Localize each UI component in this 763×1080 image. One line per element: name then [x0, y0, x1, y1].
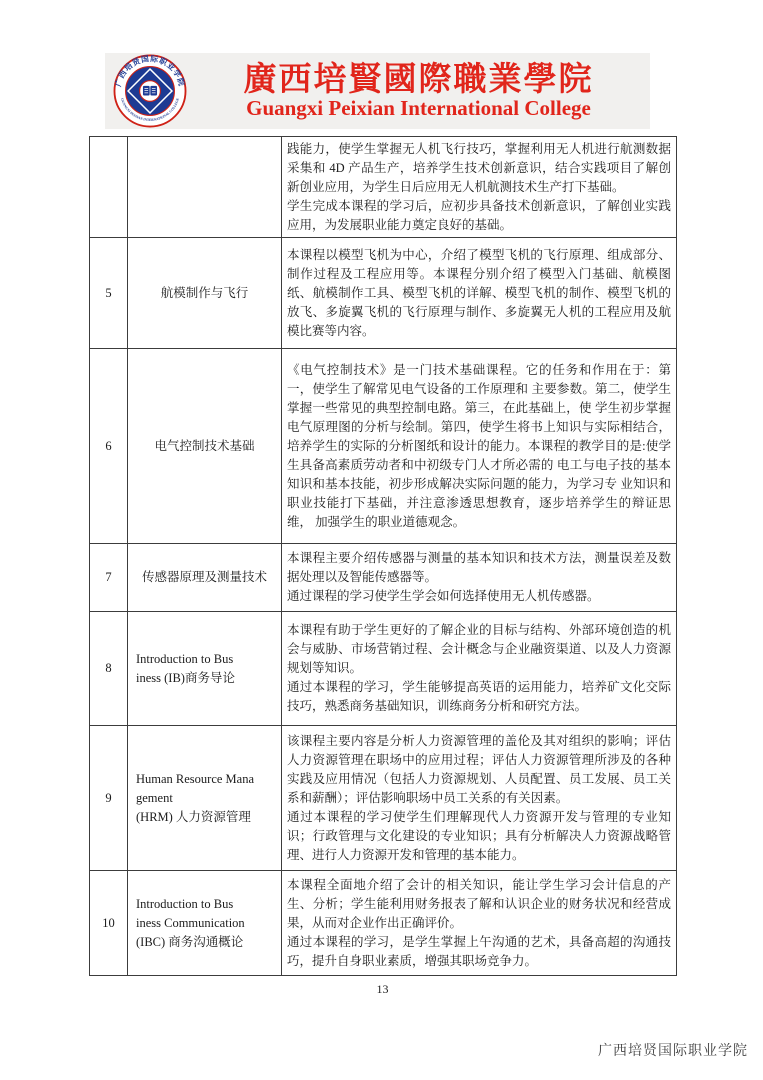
table-row-course-10: 10 Introduction to Bus iness Communicati…: [90, 871, 677, 976]
course-desc-cell: 践能力，使学生掌握无人机飞行技巧，掌握利用无人机进行航测数据采集和 4D 产品生…: [282, 137, 677, 238]
course-desc-cell: 《电气控制技术》是一门技术基础课程。它的任务和作用在于：第一，使学生了解常见电气…: [282, 349, 677, 544]
course-description-table: 践能力，使学生掌握无人机飞行技巧，掌握利用无人机进行航测数据采集和 4D 产品生…: [89, 136, 677, 976]
college-title-block: 廣西培賢國際職業學院 Guangxi Peixian International…: [187, 63, 650, 120]
course-number-cell: 6: [90, 349, 128, 544]
course-desc-cell: 本课程以模型飞机为中心，介绍了模型飞机的飞行原理、组成部分、制作过程及工程应用等…: [282, 238, 677, 349]
course-name-cell: Human Resource Mana gement (HRM) 人力资源管理: [128, 726, 282, 871]
course-desc-cell: 该课程主要内容是分析人力资源管理的盖伦及其对组织的影响；评估人力资源管理在职场中…: [282, 726, 677, 871]
course-number-cell: 9: [90, 726, 128, 871]
course-name-cell: Introduction to Bus iness Communication …: [128, 871, 282, 976]
course-number-cell: 5: [90, 238, 128, 349]
course-desc-cell: 本课程全面地介绍了会计的相关知识，能让学生学习会计信息的产生、分析；学生能利用财…: [282, 871, 677, 976]
table-row-course-8: 8 Introduction to Bus iness (IB)商务导论 本课程…: [90, 612, 677, 726]
course-desc-cell: 本课程主要介绍传感器与测量的基本知识和技术方法，测量误差及数据处理以及智能传感器…: [282, 544, 677, 612]
page-number: 13: [89, 982, 676, 997]
table-row-continuation: 践能力，使学生掌握无人机飞行技巧，掌握利用无人机进行航测数据采集和 4D 产品生…: [90, 137, 677, 238]
course-name-cell: 传感器原理及测量技术: [128, 544, 282, 612]
course-name-cell: [128, 137, 282, 238]
college-name-chinese: 廣西培賢國際職業學院: [244, 63, 594, 98]
footer-college-label: 广西培贤国际职业学院: [598, 1040, 748, 1060]
college-name-english: Guangxi Peixian International College: [246, 97, 591, 119]
course-number-cell: 7: [90, 544, 128, 612]
college-emblem-logo: 广西培贤国际职业学院 GUANGXI PEIXIAN INTERNATIONAL…: [113, 54, 187, 128]
course-number-cell: [90, 137, 128, 238]
table-row-course-5: 5 航模制作与飞行 本课程以模型飞机为中心，介绍了模型飞机的飞行原理、组成部分、…: [90, 238, 677, 349]
college-header-banner: 广西培贤国际职业学院 GUANGXI PEIXIAN INTERNATIONAL…: [105, 53, 650, 129]
table-row-course-7: 7 传感器原理及测量技术 本课程主要介绍传感器与测量的基本知识和技术方法，测量误…: [90, 544, 677, 612]
course-desc-cell: 本课程有助于学生更好的了解企业的目标与结构、外部环境创造的机会与威胁、市场营销过…: [282, 612, 677, 726]
table-row-course-9: 9 Human Resource Mana gement (HRM) 人力资源管…: [90, 726, 677, 871]
course-number-cell: 8: [90, 612, 128, 726]
course-name-cell: 电气控制技术基础: [128, 349, 282, 544]
course-name-cell: 航模制作与飞行: [128, 238, 282, 349]
course-name-cell: Introduction to Bus iness (IB)商务导论: [128, 612, 282, 726]
course-number-cell: 10: [90, 871, 128, 976]
table-row-course-6: 6 电气控制技术基础 《电气控制技术》是一门技术基础课程。它的任务和作用在于：第…: [90, 349, 677, 544]
